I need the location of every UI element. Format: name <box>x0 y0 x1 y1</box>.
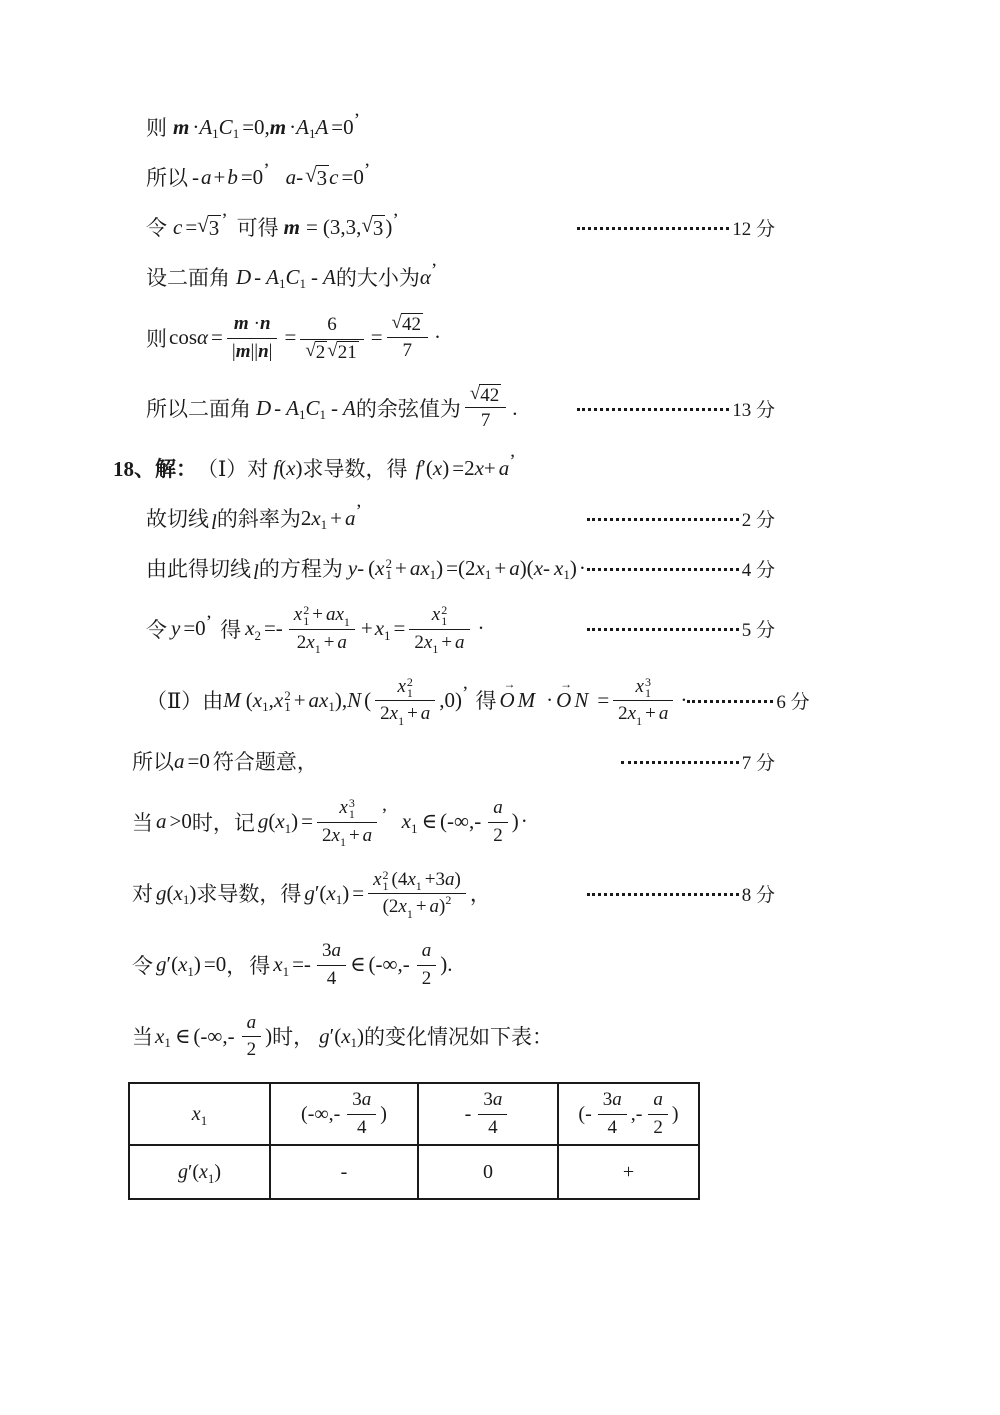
math-text: + <box>330 506 342 531</box>
variation-table: x1(-∞,-3a4)-3a4(-3a4,-a2)g′(x1)-0+ <box>128 1082 700 1200</box>
subscript: 1 <box>430 567 437 583</box>
math-text: + <box>214 165 226 190</box>
fraction-denominator: 4 <box>347 1115 376 1140</box>
math-text: =- <box>292 952 311 977</box>
subscript: 1 <box>212 126 219 142</box>
radicand: 2 <box>315 341 328 363</box>
math-text: = <box>394 616 406 641</box>
math-text: 时， <box>272 1021 314 1051</box>
math-text: cos <box>169 325 197 350</box>
fraction-numerator: 6 <box>300 313 363 340</box>
math-text: 对 <box>132 878 153 908</box>
math-text: ’ <box>221 210 227 232</box>
subscript: 1 <box>441 615 447 626</box>
math-text: · <box>434 325 441 350</box>
score-label: 12 分 <box>732 214 775 241</box>
math-text: 3 <box>322 939 332 963</box>
math-text: + <box>349 824 360 848</box>
fraction-numerator: 3a <box>317 939 346 966</box>
math-text: a <box>659 702 669 726</box>
fraction: m·n|m||n| <box>227 312 278 364</box>
cell-content: - <box>271 1161 417 1184</box>
math-text: x <box>335 603 343 627</box>
fraction-numerator: a <box>242 1011 262 1038</box>
math-text: D <box>236 265 251 290</box>
subscript: 1 <box>183 892 190 908</box>
math-text: ’ <box>364 160 370 182</box>
math-text: 2 <box>414 631 424 655</box>
math-text: =2 <box>452 456 474 481</box>
math-text: A <box>266 265 279 290</box>
math-text: + <box>416 895 427 919</box>
doc-line: 则m·A1C1=0,m·A1A=0’ <box>146 112 775 142</box>
document-page: 则m·A1C1=0,m·A1A=0’所以-a+b=0’a-√3c=0’令c=√3… <box>0 0 1000 1415</box>
score-marker: 5 分 <box>587 615 775 642</box>
radicand: 42 <box>479 384 501 406</box>
math-text: x <box>397 675 405 699</box>
math-text: 当 <box>132 1021 153 1051</box>
score-label: 5 分 <box>742 615 775 642</box>
math-text: m <box>284 215 300 240</box>
math-text: =0 <box>331 115 353 140</box>
spacer <box>592 1114 594 1115</box>
math-text: (2 <box>383 895 399 919</box>
math-text: a <box>410 556 421 581</box>
fraction-denominator: 7 <box>387 338 428 363</box>
math-text: a <box>286 165 297 190</box>
subscript: 1 <box>321 517 328 533</box>
math-text: 2 <box>322 824 332 848</box>
math-text: 3 <box>373 217 384 239</box>
line-content: 所以-a+b=0’a-√3c=0’ <box>146 162 370 192</box>
score-marker: 6 分 <box>687 687 809 714</box>
subscript: 1 <box>233 126 240 142</box>
math-text: x <box>275 809 284 834</box>
math-text: - <box>465 1103 472 1126</box>
line-content: 18、解：（Ⅰ）对f(x)求导数，得f′(x)=2x+a’ <box>113 453 516 483</box>
line-content: 则cosα=m·n|m||n|=6√2√21=√427· <box>146 312 441 364</box>
fraction-denominator: 4 <box>598 1115 627 1140</box>
subscript: 1 <box>285 821 292 837</box>
table-cell: + <box>558 1145 699 1199</box>
math-text: x <box>341 1024 350 1049</box>
line-content: 令y=0’得x2=-x21+ax12x1+a+x1=x212x1+a· <box>146 603 485 655</box>
line-content: 令c=√3’可得m=(3,3,√3)’ <box>146 212 399 242</box>
math-text: + <box>324 631 335 655</box>
math-text: A <box>286 396 299 421</box>
spacer <box>228 227 237 228</box>
spacer <box>410 964 413 965</box>
math-text: x <box>286 456 295 481</box>
math-text: - <box>254 265 261 290</box>
table-cell: - <box>270 1145 418 1199</box>
fraction-denominator: 2x1+a <box>289 630 355 655</box>
math-text: 2 <box>493 824 503 848</box>
subscript: 1 <box>349 808 355 819</box>
subscript: 1 <box>383 880 389 891</box>
score-label: 6 分 <box>776 687 809 714</box>
superscript: 3 <box>645 676 651 687</box>
score-marker: 2 分 <box>587 505 775 532</box>
subscript: 2 <box>254 628 261 644</box>
script-stack: 21 <box>407 676 413 698</box>
math-text: g <box>178 1161 188 1184</box>
math-text: x <box>402 809 411 834</box>
subscript: 1 <box>262 699 269 715</box>
fraction-numerator: 3a <box>347 1088 376 1115</box>
math-text: 2 <box>297 631 307 655</box>
doc-line: （Ⅱ）由M(x1,x21+ax1),N(x212x1+a,0)’得→OM·→ON… <box>146 675 775 727</box>
math-text: ， <box>470 878 491 908</box>
math-text: - <box>331 396 338 421</box>
solution-body: 则m·A1C1=0,m·A1A=0’所以-a+b=0’a-√3c=0’令c=√3… <box>146 112 775 1062</box>
line-content: 故切线l的斜率为2x1+a’ <box>146 503 362 533</box>
fraction-denominator: 2x1+a <box>409 630 469 655</box>
spacer <box>270 177 286 178</box>
math-text: 0 <box>483 1161 493 1184</box>
fraction-denominator: 2 <box>648 1115 668 1140</box>
math-text: n <box>258 340 269 364</box>
score-marker: 8 分 <box>587 880 775 907</box>
math-text: = <box>597 688 609 713</box>
math-text: x <box>339 796 347 820</box>
subscript: 1 <box>279 276 286 292</box>
fraction-numerator: √42 <box>387 313 428 338</box>
subscript: 1 <box>344 615 350 630</box>
math-text: x <box>534 556 543 581</box>
math-text: - <box>274 396 281 421</box>
sqrt-expression: √2 <box>305 341 327 363</box>
math-text: 则 <box>146 112 167 142</box>
math-text: · <box>546 688 553 713</box>
dotted-leader <box>687 700 773 703</box>
math-text: ) <box>214 1161 221 1184</box>
fraction-denominator: 2 <box>417 966 437 991</box>
fraction: x21(4x1+3a)(2x1+a)2 <box>368 868 466 920</box>
spacer <box>212 628 220 629</box>
doc-line: 由此得切线l的方程为y-(x21+ax1)=(2x1+a)(x-x1)·4 分 <box>146 553 775 583</box>
math-text: O <box>499 688 517 713</box>
math-text: a <box>509 556 520 581</box>
score-marker: 12 分 <box>577 214 775 241</box>
doc-line: 则cosα=m·n|m||n|=6√2√21=√427· <box>146 312 775 364</box>
math-text: ,- <box>631 1103 643 1126</box>
math-text: g <box>156 952 167 977</box>
dotted-leader <box>587 518 739 521</box>
math-text: a <box>422 939 432 963</box>
fraction-numerator: m·n <box>227 312 278 339</box>
math-text: 符合题意， <box>213 746 318 776</box>
math-text: 求导数，得 <box>196 878 301 908</box>
math-text: A <box>343 396 356 421</box>
doc-line: 当x1∈(-∞,-a2)时，g′(x1)的变化情况如下表： <box>132 1011 775 1063</box>
math-text: - <box>311 265 318 290</box>
math-text: ) <box>265 1024 272 1049</box>
math-text: x <box>155 1024 164 1049</box>
line-content: 设二面角D-A1C1-A的大小为α’ <box>146 262 437 292</box>
math-text: ,- <box>397 952 409 977</box>
math-text: 4 <box>327 967 337 991</box>
subscript: 1 <box>407 687 413 698</box>
math-text: a <box>455 631 465 655</box>
fraction: a2 <box>488 796 508 848</box>
math-text: 3 <box>352 1088 362 1112</box>
math-text: - <box>357 556 364 581</box>
line-content: 当a>0时，记g(x1)=x312x1+a’x1∈(-∞,-a2)· <box>132 796 528 848</box>
doc-line: 故切线l的斜率为2x1+a’2 分 <box>146 503 775 533</box>
math-text: a <box>493 1088 503 1112</box>
math-text: = <box>306 215 318 240</box>
math-text: (4 <box>392 868 408 892</box>
math-text: · <box>579 556 586 581</box>
math-text: (- <box>578 1103 591 1126</box>
doc-line: 对g(x1)求导数，得g′(x1)=x21(4x1+3a)(2x1+a)2，8 … <box>132 868 775 920</box>
fraction: x21+ax12x1+a <box>289 603 355 655</box>
math-text: ) <box>189 881 196 906</box>
math-text: N <box>347 688 361 713</box>
line-content: 由此得切线l的方程为y-(x21+ax1)=(2x1+a)(x-x1)· <box>146 553 586 583</box>
math-text: M <box>518 688 539 713</box>
fraction: 3a4 <box>598 1088 627 1140</box>
math-text: 21 <box>338 343 357 363</box>
math-text: a <box>362 1088 372 1112</box>
math-text: y <box>171 616 180 641</box>
fraction-denominator: |m||n| <box>227 339 278 364</box>
math-text: 当 <box>132 807 153 837</box>
line-content: 令g′(x1)=0，得x1=-3a4∈(-∞,-a2). <box>132 939 452 991</box>
doc-line: 令y=0’得x2=-x21+ax12x1+a+x1=x212x1+a·5 分 <box>146 603 775 655</box>
math-text: 的变化情况如下表： <box>364 1021 553 1051</box>
fraction-numerator: x21+ax1 <box>289 603 355 630</box>
math-text: a <box>653 1088 663 1112</box>
math-text: x <box>306 631 314 655</box>
math-text: 所以二面角 <box>146 393 251 423</box>
fraction-numerator: x21(4x1+3a) <box>368 868 466 895</box>
math-text: C <box>286 265 300 290</box>
math-text: ’ <box>509 451 515 473</box>
subscript: 1 <box>386 568 393 579</box>
fraction-denominator: 4 <box>478 1115 507 1140</box>
table-cell: g′(x1) <box>129 1145 270 1199</box>
radicand: 3 <box>208 215 222 239</box>
math-text: ) <box>512 809 519 834</box>
vector-expression: →OM <box>499 688 538 713</box>
math-text: 2 <box>422 967 432 991</box>
math-text: = <box>284 325 296 350</box>
math-text: l <box>253 560 259 585</box>
math-text: x <box>178 952 187 977</box>
math-text: 3 <box>317 167 328 189</box>
spacer <box>235 1036 238 1037</box>
vector-arrow-icon: → <box>503 678 515 690</box>
math-text: C <box>306 396 320 421</box>
vector-name: ON <box>556 688 591 713</box>
fraction-denominator: 2x1+a <box>317 823 377 848</box>
math-text: y <box>348 556 357 581</box>
math-text: 2 <box>380 702 390 726</box>
doc-line: 所以-a+b=0’a-√3c=0’ <box>146 162 775 192</box>
math-text: x <box>319 688 328 713</box>
fraction-numerator: x21 <box>409 603 469 630</box>
fraction: √427 <box>465 384 506 434</box>
math-text: 所以 <box>132 746 174 776</box>
math-text: )( <box>520 556 534 581</box>
doc-line: 18、解：（Ⅰ）对f(x)求导数，得f′(x)=2x+a’ <box>113 453 775 483</box>
math-text: 2 <box>316 343 326 363</box>
fraction: 3a4 <box>478 1088 507 1140</box>
math-text: ) <box>672 1103 679 1126</box>
subscript: 1 <box>208 1171 215 1187</box>
math-text: ,- <box>222 1024 234 1049</box>
dotted-leader <box>577 227 729 230</box>
math-text: x <box>636 675 644 699</box>
math-text: x <box>424 631 432 655</box>
spacer <box>388 821 402 822</box>
radical-icon: √ <box>361 215 373 236</box>
math-text: || <box>250 340 258 364</box>
fraction-numerator: 3a <box>598 1088 627 1115</box>
math-text: = <box>352 881 364 906</box>
math-text: x <box>311 506 320 531</box>
math-text: x <box>199 1161 208 1184</box>
cell-content: 0 <box>419 1161 557 1184</box>
sqrt-expression: √3 <box>197 215 221 239</box>
math-text: （Ⅰ）对 <box>197 453 268 483</box>
doc-line: 设二面角D-A1C1-A的大小为α’ <box>146 262 775 292</box>
math-text: g <box>319 1024 330 1049</box>
math-text: m <box>173 115 189 140</box>
cell-content: + <box>559 1161 698 1184</box>
cell-content: -3a4 <box>419 1088 557 1140</box>
math-text: (2 <box>458 556 476 581</box>
score-label: 8 分 <box>742 880 775 907</box>
math-text: ’ <box>206 612 212 634</box>
math-text: ( <box>364 688 371 713</box>
math-text: =0 <box>204 952 226 977</box>
math-text: =0, <box>242 115 270 140</box>
math-text: a <box>174 749 185 774</box>
math-text: =0 <box>183 616 205 641</box>
math-text: α <box>420 265 431 290</box>
math-text: 3 <box>603 1088 613 1112</box>
math-text: ,- <box>329 1103 341 1126</box>
radical-icon: √ <box>327 341 337 360</box>
math-text: ( <box>246 688 253 713</box>
math-text: x <box>628 702 636 726</box>
math-text: 4 <box>357 1116 367 1140</box>
math-text: a <box>247 1011 257 1035</box>
math-text: ∈ <box>175 1024 191 1049</box>
math-text: ’ <box>354 110 360 132</box>
script-stack: 21 <box>441 604 447 626</box>
math-text: = <box>371 325 383 350</box>
subscript: 1 <box>563 567 570 583</box>
line-content: 对g(x1)求导数，得g′(x1)=x21(4x1+3a)(2x1+a)2， <box>132 868 491 920</box>
fraction: a2 <box>242 1011 262 1063</box>
subscript: 1 <box>164 1035 171 1051</box>
math-text: · <box>680 688 687 713</box>
math-text: ) <box>342 881 349 906</box>
math-text: - <box>192 165 199 190</box>
math-text: ∞ <box>382 952 397 977</box>
subscript: 1 <box>432 642 438 657</box>
math-text: x <box>273 952 282 977</box>
fraction-numerator: a <box>648 1088 668 1115</box>
math-text: ) <box>291 809 298 834</box>
line-content: 则m·A1C1=0,m·A1A=0’ <box>146 112 360 142</box>
math-text: | <box>269 340 273 364</box>
math-text: ’ <box>431 260 437 282</box>
doc-line: 所以a=0符合题意，7 分 <box>132 746 775 776</box>
math-text: a <box>421 702 431 726</box>
math-text: x <box>375 556 384 581</box>
math-text: ∞ <box>314 1103 328 1126</box>
table-cell: -3a4 <box>418 1083 558 1145</box>
math-text: a <box>493 796 503 820</box>
fraction: 3a4 <box>317 939 346 991</box>
math-text: a <box>363 824 373 848</box>
fraction-denominator: (2x1+a)2 <box>368 894 466 919</box>
superscript: 2 <box>383 869 389 880</box>
fraction-numerator: x21 <box>375 675 435 702</box>
math-text: 4 <box>607 1116 617 1140</box>
math-text: x <box>475 456 484 481</box>
math-text: c <box>173 215 182 240</box>
math-text: a <box>326 603 336 627</box>
math-text: x <box>294 603 302 627</box>
math-text: x <box>398 895 406 919</box>
dotted-leader <box>587 568 739 571</box>
fraction-numerator: a <box>417 939 437 966</box>
math-text: ) <box>385 215 392 240</box>
math-text: 3 <box>209 217 220 239</box>
math-text: ∈ <box>350 952 366 977</box>
fraction-numerator: x31 <box>317 796 377 823</box>
math-text: （Ⅱ）由 <box>146 685 223 715</box>
math-text: 时，记 <box>192 807 255 837</box>
spacer <box>311 964 313 965</box>
radicand: 3 <box>372 215 386 239</box>
math-text: n <box>260 312 271 336</box>
fraction-numerator: √42 <box>465 384 506 409</box>
math-text: b <box>227 165 238 190</box>
table-row: x1(-∞,-3a4)-3a4(-3a4,-a2) <box>129 1083 699 1145</box>
math-text: 2 <box>618 702 628 726</box>
fraction-numerator: 3a <box>478 1088 507 1115</box>
fraction: a2 <box>417 939 437 991</box>
math-text: · <box>478 616 485 641</box>
math-text: a <box>309 688 320 713</box>
table-cell: 0 <box>418 1145 558 1199</box>
math-text: 42 <box>480 386 499 406</box>
cell-content: g′(x1) <box>130 1161 269 1184</box>
math-text: + <box>407 702 418 726</box>
math-text: ’ <box>263 160 269 182</box>
line-content: 所以二面角D-A1C1-A的余弦值为√427. <box>146 384 518 434</box>
math-text: 18、解： <box>113 453 197 483</box>
radical-icon: √ <box>470 384 480 403</box>
math-text: A <box>296 115 309 140</box>
math-text: x <box>326 881 335 906</box>
subscript: 1 <box>320 407 327 423</box>
table-cell: x1 <box>129 1083 270 1145</box>
math-text: a <box>345 506 356 531</box>
subscript: 1 <box>283 964 290 980</box>
math-text: 7 <box>481 409 491 433</box>
math-text: ) <box>442 456 449 481</box>
sqrt-expression: √42 <box>470 384 501 406</box>
math-text: ,0) <box>439 688 462 713</box>
